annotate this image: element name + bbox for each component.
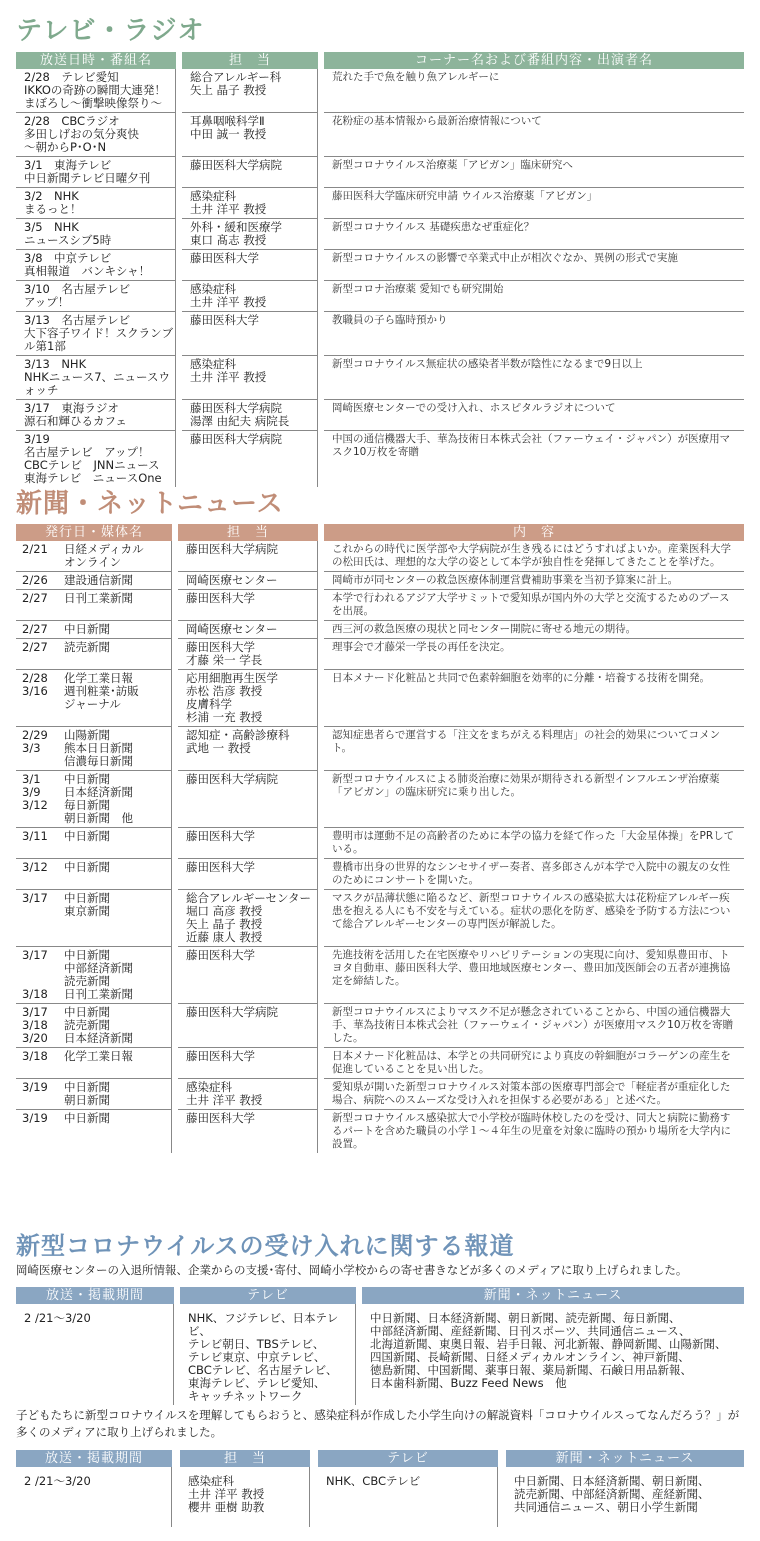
media-name: 日刊工業新聞 <box>64 592 133 605</box>
table-row: 2/28 テレビ愛知 IKKOの奇跡の瞬間大連発！ まぼろし〜衝撃映像祭り〜総合… <box>16 69 744 113</box>
media-cell: 3/19中日新聞 <box>16 1110 172 1153</box>
table-row: 3/18化学工業日報藤田医科大学日本メナード化粧品は、本学との共同研究により真皮… <box>16 1048 744 1079</box>
content: 新型コロナウイルス治療薬「アビガン」臨床研究へ <box>324 157 744 188</box>
media-name: 中日新聞 東京新聞 <box>64 892 110 918</box>
person: 藤田医科大学病院 <box>178 541 318 572</box>
program: 3/1 東海テレビ 中日新聞テレビ日曜夕刊 <box>16 157 176 188</box>
content: 豊明市は運動不足の高齢者のために本学の協力を経て作った「大金星体操」をPRしてい… <box>324 828 744 859</box>
media-name: 建設通信新聞 <box>64 574 133 587</box>
program: 3/8 中京テレビ 真相報道 バンキシャ！ <box>16 250 176 281</box>
header-program: 放送日時・番組名 <box>16 52 176 69</box>
person: 藤田医科大学 <box>178 1048 318 1079</box>
person: 藤田医科大学 <box>182 250 318 281</box>
media-cell: 3/12中日新聞 <box>16 859 172 890</box>
publish-date: 3/12 <box>22 861 64 874</box>
person: 岡崎医療センター <box>178 621 318 639</box>
media-cell: 2/27中日新聞 <box>16 621 172 639</box>
table-header-row: 放送・掲載期間 担 当 テレビ 新聞・ネットニュース <box>16 1450 744 1467</box>
publish-date: 2/21 <box>22 543 64 556</box>
table-row: 3/17 3/18中日新聞 中部経済新聞 読売新聞 日刊工業新聞藤田医科大学先進… <box>16 947 744 1004</box>
person: 藤田医科大学 <box>178 828 318 859</box>
publish-date: 2/29 3/3 <box>22 729 64 755</box>
table-row: 3/2 NHK まるっと！感染症科 土井 洋平 教授藤田医科大学臨床研究申請 ウ… <box>16 188 744 219</box>
table-row: 3/17 東海ラジオ 源石和輝ひるカフェ藤田医科大学病院 湯澤 由紀夫 病院長岡… <box>16 400 744 431</box>
publish-date: 3/17 <box>22 892 64 905</box>
content: 岡崎市が同センターの救急医療体制運営費補助事業を当初予算案に計上。 <box>324 572 744 590</box>
publish-date: 3/17 3/18 3/20 <box>22 1006 64 1045</box>
content: 荒れた手で魚を触り魚アレルギーに <box>324 69 744 113</box>
header-media: 発行日・媒体名 <box>16 524 172 541</box>
person: 藤田医科大学病院 湯澤 由紀夫 病院長 <box>182 400 318 431</box>
table-row: 3/13 名古屋テレビ 大下容子ワイド！スクランブル第1部藤田医科大学教職員の子… <box>16 312 744 356</box>
media-cell: 3/17 3/18 3/20中日新聞 読売新聞 日本経済新聞 <box>16 1004 172 1048</box>
person: 総合アレルギー科 矢上 晶子 教授 <box>182 69 318 113</box>
person: 藤田医科大学 <box>182 312 318 356</box>
media-name: 日経メディカル オンライン <box>64 543 144 569</box>
news-outlets: 中日新聞、日本経済新聞、朝日新聞、 読売新聞、中部経済新聞、産経新聞、 共同通信… <box>506 1467 744 1527</box>
program: 3/17 東海ラジオ 源石和輝ひるカフェ <box>16 400 176 431</box>
media-cell: 3/1 3/9 3/12中日新聞 日本経済新聞 毎日新聞 朝日新聞 他 <box>16 771 172 828</box>
table-header-row: 発行日・媒体名 担 当 内 容 <box>16 524 744 541</box>
person: 認知症・高齢診療科 武地 一 教授 <box>178 727 318 771</box>
section-title-newspaper: 新聞・ネットニュース <box>16 483 284 520</box>
media-cell: 3/18化学工業日報 <box>16 1048 172 1079</box>
media-name: 化学工業日報 <box>64 1050 133 1063</box>
table-header-row: 放送・掲載期間 テレビ 新聞・ネットニュース <box>16 1287 744 1304</box>
program: 3/19 名古屋テレビ アップ！ CBCテレビ JNNニュース 東海テレビ ニュ… <box>16 431 176 487</box>
header-person: 担 当 <box>178 524 318 541</box>
media-cell: 2/21日経メディカル オンライン <box>16 541 172 572</box>
table-row: 3/11中日新聞藤田医科大学豊明市は運動不足の高齢者のために本学の協力を経て作っ… <box>16 828 744 859</box>
table-row: 3/5 NHK ニュースシブ5時外科・緩和医療学 東口 髙志 教授新型コロナウイ… <box>16 219 744 250</box>
content: 認知症患者らで運営する「注文をまちがえる料理店」の社会的効果についてコメント。 <box>324 727 744 771</box>
publish-date: 2/27 <box>22 641 64 654</box>
media-name: 読売新聞 <box>64 641 110 654</box>
table-row: 2/21日経メディカル オンライン藤田医科大学病院これからの時代に医学部や大学病… <box>16 541 744 572</box>
content: 先進技術を活用した在宅医療やリハビリテーションの実現に向け、愛知県豊田市、トヨタ… <box>324 947 744 1004</box>
content: 新型コロナウイルスによりマスク不足が懸念されていることから、中国の通信機器大手、… <box>324 1004 744 1048</box>
media-cell: 2/27日刊工業新聞 <box>16 590 172 621</box>
table-row: 3/1 東海テレビ 中日新聞テレビ日曜夕刊藤田医科大学病院新型コロナウイルス治療… <box>16 157 744 188</box>
table-row: 3/8 中京テレビ 真相報道 バンキシャ！藤田医科大学新型コロナウイルスの影響で… <box>16 250 744 281</box>
table-row: 3/17中日新聞 東京新聞総合アレルギーセンター 堀口 高彦 教授 矢上 晶子 … <box>16 890 744 947</box>
publish-date: 3/19 <box>22 1112 64 1125</box>
corona-intro: 岡崎医療センターの入退所情報、企業からの支援･寄付、岡崎小学校からの寄せ書きなど… <box>16 1262 746 1279</box>
table-row: 2/29 3/3山陽新聞 熊本日日新聞 信濃毎日新聞認知症・高齢診療科 武地 一… <box>16 727 744 771</box>
news-outlets: 中日新聞、日本経済新聞、朝日新聞、読売新聞、毎日新聞、 中部経済新聞、産経新聞、… <box>362 1304 744 1405</box>
media-cell: 3/17中日新聞 東京新聞 <box>16 890 172 947</box>
table-row: 3/1 3/9 3/12中日新聞 日本経済新聞 毎日新聞 朝日新聞 他藤田医科大… <box>16 771 744 828</box>
person: 藤田医科大学 才藤 栄一 学長 <box>178 639 318 670</box>
media-cell: 3/11中日新聞 <box>16 828 172 859</box>
person: 藤田医科大学病院 <box>178 771 318 828</box>
media-name: 中日新聞 <box>64 861 110 874</box>
person: 外科・緩和医療学 東口 髙志 教授 <box>182 219 318 250</box>
media-cell: 2/29 3/3山陽新聞 熊本日日新聞 信濃毎日新聞 <box>16 727 172 771</box>
content: 新型コロナウイルス 基礎疾患なぜ重症化？ <box>324 219 744 250</box>
content: 教職員の子ら臨時預かり <box>324 312 744 356</box>
publish-date: 2/28 3/16 <box>22 672 64 698</box>
content: これからの時代に医学部や大学病院が生き残るにはどうすればよいか。産業医科大学の松… <box>324 541 744 572</box>
corona-intro-2: 子どもたちに新型コロナウイルスを理解してもらおうと、感染症科が作成した小学生向け… <box>16 1407 746 1441</box>
person: 藤田医科大学 <box>178 590 318 621</box>
person: 藤田医科大学病院 <box>182 157 318 188</box>
content: 西三河の救急医療の現状と同センター開院に寄せる地元の期待。 <box>324 621 744 639</box>
program: 2/28 CBCラジオ 多田しげおの気分爽快 〜朝からP･O･N <box>16 113 176 157</box>
table-row: 2/28 3/16化学工業日報 週刊粧業･訪販 ジャーナル応用細胞再生医学 赤松… <box>16 670 744 727</box>
program: 3/5 NHK ニュースシブ5時 <box>16 219 176 250</box>
publish-date: 2/26 <box>22 574 64 587</box>
publish-date: 3/19 <box>22 1081 64 1094</box>
period: 2 /21〜3/20 <box>16 1304 174 1405</box>
table-row: 3/19中日新聞 朝日新聞感染症科 土井 洋平 教授愛知県が開いた新型コロナウイ… <box>16 1079 744 1110</box>
program: 3/13 名古屋テレビ 大下容子ワイド！スクランブル第1部 <box>16 312 176 356</box>
table-row: 2/27日刊工業新聞藤田医科大学本学で行われるアジア大学サミットで愛知県が国内外… <box>16 590 744 621</box>
program: 2/28 テレビ愛知 IKKOの奇跡の瞬間大連発！ まぼろし〜衝撃映像祭り〜 <box>16 69 176 113</box>
tv-radio-table: 放送日時・番組名 担 当 コーナー名および番組内容・出演者名 2/28 テレビ愛… <box>16 52 744 487</box>
content: 新型コロナ治療薬 愛知でも研究開始 <box>324 281 744 312</box>
table-row: 3/13 NHK NHKニュース7、ニュースウォッチ感染症科 土井 洋平 教授新… <box>16 356 744 400</box>
person: 感染症科 土井 洋平 教授 <box>182 281 318 312</box>
media-name: 中日新聞 日本経済新聞 毎日新聞 朝日新聞 他 <box>64 773 133 825</box>
header-period: 放送・掲載期間 <box>16 1287 174 1304</box>
table-row: 2/27中日新聞岡崎医療センター西三河の救急医療の現状と同センター開院に寄せる地… <box>16 621 744 639</box>
content: 本学で行われるアジア大学サミットで愛知県が国内外の大学と交流するためのブースを出… <box>324 590 744 621</box>
person: 耳鼻咽喉科学Ⅱ 中田 誠一 教授 <box>182 113 318 157</box>
person: 藤田医科大学 <box>178 947 318 1004</box>
person: 応用細胞再生医学 赤松 浩彦 教授 皮膚科学 杉浦 一充 教授 <box>178 670 318 727</box>
header-person: 担 当 <box>182 52 318 69</box>
person: 感染症科 土井 洋平 教授 櫻井 亜樹 助教 <box>180 1467 310 1527</box>
table-row: 2 /21〜3/20 NHK、フジテレビ、日本テレビ、 テレビ朝日、TBSテレビ… <box>16 1304 744 1405</box>
publish-date: 3/17 3/18 <box>22 949 64 1001</box>
media-name: 中日新聞 <box>64 1112 110 1125</box>
header-news: 新聞・ネットニュース <box>362 1287 744 1304</box>
header-content: 内 容 <box>324 524 744 541</box>
content: 新型コロナウイルス感染拡大で小学校が臨時休校したのを受け、同大と病院に勤務するパ… <box>324 1110 744 1153</box>
media-cell: 2/28 3/16化学工業日報 週刊粧業･訪販 ジャーナル <box>16 670 172 727</box>
media-name: 化学工業日報 週刊粧業･訪販 ジャーナル <box>64 672 139 711</box>
header-news: 新聞・ネットニュース <box>506 1450 744 1467</box>
publish-date: 3/18 <box>22 1050 64 1063</box>
table-row: 2 /21〜3/20 感染症科 土井 洋平 教授 櫻井 亜樹 助教 NHK、CB… <box>16 1467 744 1527</box>
content: 新型コロナウイルスの影響で卒業式中止が相次ぐなか、異例の形式で実施 <box>324 250 744 281</box>
section-title-corona: 新型コロナウイルスの受け入れに関する報道 <box>16 1226 515 1261</box>
media-name: 中日新聞 朝日新聞 <box>64 1081 110 1107</box>
table-header-row: 放送日時・番組名 担 当 コーナー名および番組内容・出演者名 <box>16 52 744 69</box>
content: 豊橋市出身の世界的なシンセサイザー奏者、喜多郎さんが本学で入院中の親友の女性のた… <box>324 859 744 890</box>
media-cell: 3/17 3/18中日新聞 中部経済新聞 読売新聞 日刊工業新聞 <box>16 947 172 1004</box>
person: 藤田医科大学病院 <box>182 431 318 487</box>
media-cell: 3/19中日新聞 朝日新聞 <box>16 1079 172 1110</box>
header-period: 放送・掲載期間 <box>16 1450 172 1467</box>
content: 新型コロナウイルスによる肺炎治療に効果が期待される新型インフルエンザ治療薬「アビ… <box>324 771 744 828</box>
person: 岡崎医療センター <box>178 572 318 590</box>
table-row: 2/26建設通信新聞岡崎医療センター岡崎市が同センターの救急医療体制運営費補助事… <box>16 572 744 590</box>
person: 藤田医科大学 <box>178 1110 318 1153</box>
person: 感染症科 土井 洋平 教授 <box>182 188 318 219</box>
header-tv: テレビ <box>318 1450 498 1467</box>
media-name: 中日新聞 <box>64 623 110 636</box>
media-name: 山陽新聞 熊本日日新聞 信濃毎日新聞 <box>64 729 133 768</box>
period: 2 /21〜3/20 <box>16 1467 172 1527</box>
media-cell: 2/27読売新聞 <box>16 639 172 670</box>
table-row: 3/10 名古屋テレビ アップ！感染症科 土井 洋平 教授新型コロナ治療薬 愛知… <box>16 281 744 312</box>
content: 花粉症の基本情報から最新治療情報について <box>324 113 744 157</box>
program: 3/2 NHK まるっと！ <box>16 188 176 219</box>
media-name: 中日新聞 <box>64 830 110 843</box>
content: 岡崎医療センターでの受け入れ、ホスピタルラジオについて <box>324 400 744 431</box>
publish-date: 2/27 <box>22 623 64 636</box>
media-name: 中日新聞 読売新聞 日本経済新聞 <box>64 1006 133 1045</box>
program: 3/10 名古屋テレビ アップ！ <box>16 281 176 312</box>
table-row: 3/19中日新聞藤田医科大学新型コロナウイルス感染拡大で小学校が臨時休校したのを… <box>16 1110 744 1153</box>
table-row: 3/12中日新聞藤田医科大学豊橋市出身の世界的なシンセサイザー奏者、喜多郎さんが… <box>16 859 744 890</box>
content: 日本メナード化粧品は、本学との共同研究により真皮の幹細胞がコラーゲンの産生を促進… <box>324 1048 744 1079</box>
media-cell: 2/26建設通信新聞 <box>16 572 172 590</box>
newspaper-table: 発行日・媒体名 担 当 内 容 2/21日経メディカル オンライン藤田医科大学病… <box>16 524 744 1153</box>
publish-date: 3/11 <box>22 830 64 843</box>
publish-date: 2/27 <box>22 592 64 605</box>
person: 感染症科 土井 洋平 教授 <box>182 356 318 400</box>
person: 藤田医科大学 <box>178 859 318 890</box>
section-title-tv-radio: テレビ・ラジオ <box>16 10 204 47</box>
person: 藤田医科大学病院 <box>178 1004 318 1048</box>
header-content: コーナー名および番組内容・出演者名 <box>324 52 744 69</box>
table-row: 2/27読売新聞藤田医科大学 才藤 栄一 学長理事会で才藤栄一学長の再任を決定。 <box>16 639 744 670</box>
tv-stations: NHK、フジテレビ、日本テレビ、 テレビ朝日、TBSテレビ、 テレビ東京、中京テ… <box>180 1304 356 1405</box>
media-name: 中日新聞 中部経済新聞 読売新聞 日刊工業新聞 <box>64 949 133 1001</box>
header-person: 担 当 <box>180 1450 310 1467</box>
content: 中国の通信機器大手、華為技術日本株式会社（ファーウェイ・ジャパン）が医療用マスク… <box>324 431 744 487</box>
publish-date: 3/1 3/9 3/12 <box>22 773 64 812</box>
program: 3/13 NHK NHKニュース7、ニュースウォッチ <box>16 356 176 400</box>
header-tv: テレビ <box>180 1287 356 1304</box>
table-row: 3/17 3/18 3/20中日新聞 読売新聞 日本経済新聞藤田医科大学病院新型… <box>16 1004 744 1048</box>
corona-table-2: 放送・掲載期間 担 当 テレビ 新聞・ネットニュース 2 /21〜3/20 感染… <box>16 1450 744 1527</box>
corona-table-1: 放送・掲載期間 テレビ 新聞・ネットニュース 2 /21〜3/20 NHK、フジ… <box>16 1287 744 1405</box>
table-row: 2/28 CBCラジオ 多田しげおの気分爽快 〜朝からP･O･N耳鼻咽喉科学Ⅱ … <box>16 113 744 157</box>
content: マスクが品薄状態に陥るなど、新型コロナウイルスの感染拡大は花粉症アレルギー疾患を… <box>324 890 744 947</box>
content: 藤田医科大学臨床研究申請 ウイルス治療薬「アビガン」 <box>324 188 744 219</box>
content: 日本メナード化粧品と共同で色素幹細胞を効率的に分離・培養する技術を開発。 <box>324 670 744 727</box>
content: 新型コロナウイルス無症状の感染者半数が陰性になるまで9日以上 <box>324 356 744 400</box>
person: 総合アレルギーセンター 堀口 高彦 教授 矢上 晶子 教授 近藤 康人 教授 <box>178 890 318 947</box>
person: 感染症科 土井 洋平 教授 <box>178 1079 318 1110</box>
table-row: 3/19 名古屋テレビ アップ！ CBCテレビ JNNニュース 東海テレビ ニュ… <box>16 431 744 487</box>
content: 愛知県が開いた新型コロナウイルス対策本部の医療専門部会で「軽症者が重症化した場合… <box>324 1079 744 1110</box>
content: 理事会で才藤栄一学長の再任を決定。 <box>324 639 744 670</box>
tv-stations: NHK、CBCテレビ <box>318 1467 498 1527</box>
